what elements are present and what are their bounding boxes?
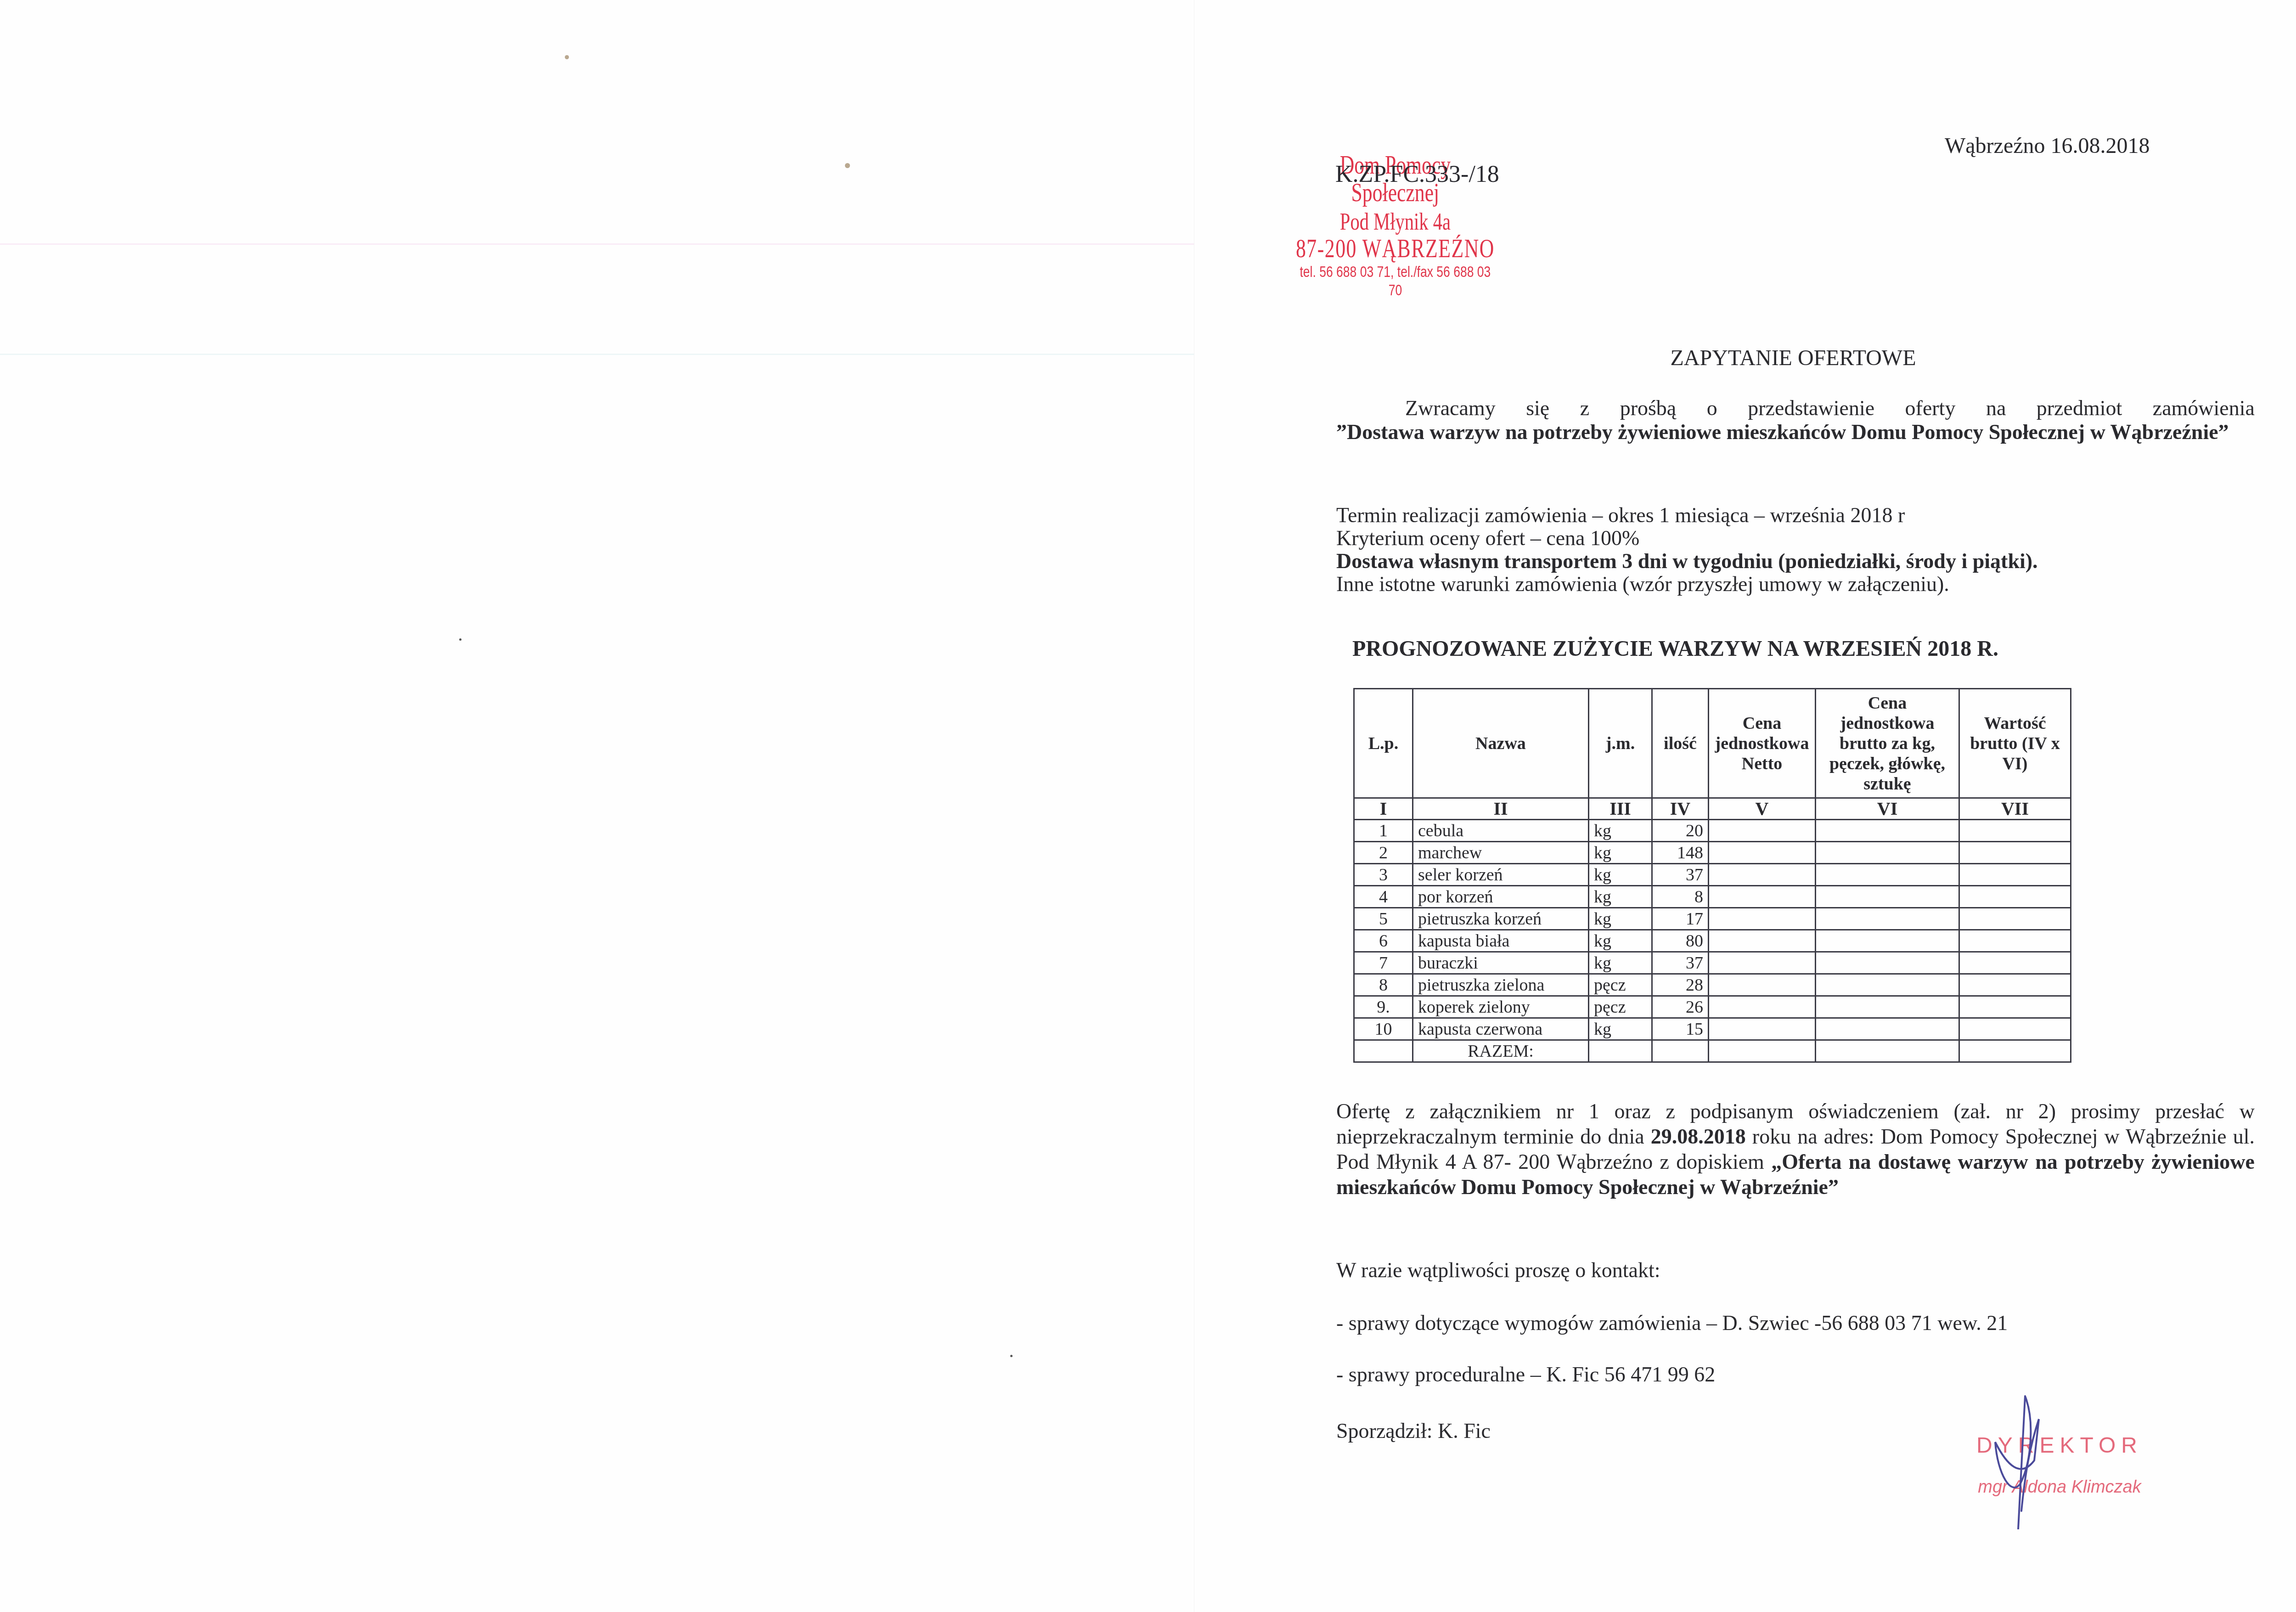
cell-name: cebula [1413, 820, 1589, 842]
cell-net [1709, 886, 1816, 908]
stamp-street: Pod Młynik 4a [1295, 209, 1496, 235]
column-number: I [1354, 798, 1413, 820]
cell-net [1709, 952, 1816, 974]
header-name: Nazwa [1413, 689, 1589, 798]
cell-qty: 80 [1652, 930, 1709, 952]
cell-qty: 8 [1652, 886, 1709, 908]
cell-lp: 1 [1354, 820, 1413, 842]
cell-gross [1816, 886, 1959, 908]
table-row: 8pietruszka zielonapęcz28 [1354, 974, 2071, 996]
column-number: II [1413, 798, 1589, 820]
cell-qty: 26 [1652, 996, 1709, 1018]
cell-net [1709, 864, 1816, 886]
cell-qty: 148 [1652, 842, 1709, 864]
cell-qty: 37 [1652, 952, 1709, 974]
cell-lp: 3 [1354, 864, 1413, 886]
table-row: 6kapusta białakg80 [1354, 930, 2071, 952]
cell-value [1959, 886, 2071, 908]
intro-subject: ”Dostawa warzyw na potrzeby żywieniowe m… [1336, 420, 2255, 444]
cell-unit: kg [1589, 952, 1652, 974]
header-net-price: Cena jednostkowa Netto [1709, 689, 1816, 798]
vegetables-table: L.p. Nazwa j.m. ilość Cena jednostkowa N… [1353, 688, 2071, 1063]
cell-value [1959, 864, 2071, 886]
cell-gross [1816, 864, 1959, 886]
header-gross-value: Wartość brutto (IV x VI) [1959, 689, 2071, 798]
header-unit: j.m. [1589, 689, 1652, 798]
cell-net [1709, 908, 1816, 930]
cell-gross [1816, 908, 1959, 930]
cell-unit: pęcz [1589, 996, 1652, 1018]
cell-unit: kg [1589, 842, 1652, 864]
total-cell [1354, 1040, 1413, 1062]
scan-speck [459, 638, 461, 641]
submission-paragraph: Ofertę z załącznikiem nr 1 oraz z podpis… [1336, 1099, 2255, 1200]
cell-unit: kg [1589, 886, 1652, 908]
cell-lp: 10 [1354, 1018, 1413, 1040]
cell-gross [1816, 842, 1959, 864]
cell-gross [1816, 930, 1959, 952]
cell-unit: kg [1589, 908, 1652, 930]
cell-gross [1816, 996, 1959, 1018]
cell-unit: kg [1589, 1018, 1652, 1040]
table-row: 1cebulakg20 [1354, 820, 2071, 842]
column-number: IV [1652, 798, 1709, 820]
header-qty: ilość [1652, 689, 1709, 798]
scan-speck [565, 55, 569, 59]
cell-value [1959, 974, 2071, 996]
total-cell [1589, 1040, 1652, 1062]
table-row: 10kapusta czerwonakg15 [1354, 1018, 2071, 1040]
cell-qty: 20 [1652, 820, 1709, 842]
cell-qty: 15 [1652, 1018, 1709, 1040]
contact-procedural: - sprawy proceduralne – K. Fic 56 471 99… [1336, 1363, 2255, 1387]
total-cell [1816, 1040, 1959, 1062]
director-stamp: DYREKTOR mgr Aldona Klimczak [1956, 1433, 2163, 1497]
blank-left-page [0, 0, 1194, 1612]
table-total-row: RAZEM: [1354, 1040, 2071, 1062]
cell-lp: 6 [1354, 930, 1413, 952]
cell-gross [1816, 952, 1959, 974]
total-cell [1959, 1040, 2071, 1062]
table-row: 7buraczkikg37 [1354, 952, 2071, 974]
reference-number: K.ZP.FC.333-/18 [1335, 161, 1499, 188]
cell-net [1709, 820, 1816, 842]
contact-requirements: - sprawy dotyczące wymogów zamówienia – … [1336, 1311, 2255, 1335]
cell-name: por korzeń [1413, 886, 1589, 908]
cell-lp: 7 [1354, 952, 1413, 974]
cell-value [1959, 930, 2071, 952]
table-row: 9.koperek zielonypęcz26 [1354, 996, 2071, 1018]
term-other: Inne istotne warunki zamówienia (wzór pr… [1336, 573, 2255, 596]
place-date: Wąbrzeźno 16.08.2018 [1945, 133, 2150, 158]
cell-unit: kg [1589, 930, 1652, 952]
term-criterion: Kryterium oceny ofert – cena 100% [1336, 527, 2255, 550]
cell-unit: kg [1589, 820, 1652, 842]
cell-name: marchew [1413, 842, 1589, 864]
stamp-phones: tel. 56 688 03 71, tel./fax 56 688 03 70 [1295, 263, 1496, 299]
cell-name: seler korzeń [1413, 864, 1589, 886]
column-number: V [1709, 798, 1816, 820]
cell-lp: 2 [1354, 842, 1413, 864]
scan-speck [845, 163, 850, 168]
cell-value [1959, 842, 2071, 864]
cell-net [1709, 996, 1816, 1018]
table-row: 2marchewkg148 [1354, 842, 2071, 864]
cell-value [1959, 820, 2071, 842]
column-number: VI [1816, 798, 1959, 820]
cell-net [1709, 1018, 1816, 1040]
table-body: 1cebulakg202marchewkg1483seler korzeńkg3… [1354, 820, 2071, 1062]
cell-value [1959, 1018, 2071, 1040]
cell-net [1709, 974, 1816, 996]
cell-net [1709, 842, 1816, 864]
document-title: ZAPYTANIE OFERTOWE [1322, 345, 2264, 371]
term-delivery: Dostawa własnym transportem 3 dni w tygo… [1336, 550, 2255, 573]
total-label: RAZEM: [1413, 1040, 1589, 1062]
cell-qty: 37 [1652, 864, 1709, 886]
table-row: 5pietruszka korzeńkg17 [1354, 908, 2071, 930]
cell-qty: 28 [1652, 974, 1709, 996]
contact-intro: W razie wątpliwości proszę o kontakt: [1336, 1258, 2255, 1282]
cell-gross [1816, 820, 1959, 842]
scan-speck [1010, 1355, 1013, 1357]
intro-text: Zwracamy się z prośbą o przedstawienie o… [1336, 396, 2255, 420]
term-period: Termin realizacji zamówienia – okres 1 m… [1336, 504, 2255, 527]
cell-name: koperek zielony [1413, 996, 1589, 1018]
cell-qty: 17 [1652, 908, 1709, 930]
director-role: DYREKTOR [1956, 1433, 2163, 1458]
total-cell [1652, 1040, 1709, 1062]
column-number: VII [1959, 798, 2071, 820]
cell-name: pietruszka zielona [1413, 974, 1589, 996]
cell-lp: 8 [1354, 974, 1413, 996]
stamp-city: 87-200 WĄBRZEŹNO [1295, 235, 1496, 263]
header-lp: L.p. [1354, 689, 1413, 798]
cell-lp: 9. [1354, 996, 1413, 1018]
intro-paragraph: Zwracamy się z prośbą o przedstawienie o… [1336, 396, 2255, 444]
cell-gross [1816, 974, 1959, 996]
table-title: PROGNOZOWANE ZUŻYCIE WARZYW NA WRZESIEŃ … [1352, 636, 1998, 661]
cell-name: kapusta czerwona [1413, 1018, 1589, 1040]
column-number: III [1589, 798, 1652, 820]
submission-deadline: 29.08.2018 [1651, 1125, 1746, 1148]
header-gross-price: Cena jednostkowa brutto za kg, pęczek, g… [1816, 689, 1959, 798]
cell-value [1959, 952, 2071, 974]
cell-name: buraczki [1413, 952, 1589, 974]
table-row: 3seler korzeńkg37 [1354, 864, 2071, 886]
total-cell [1709, 1040, 1816, 1062]
cell-gross [1816, 1018, 1959, 1040]
cell-name: kapusta biała [1413, 930, 1589, 952]
table-row: 4por korzeńkg8 [1354, 886, 2071, 908]
order-terms: Termin realizacji zamówienia – okres 1 m… [1336, 504, 2255, 596]
cell-value [1959, 908, 2071, 930]
cell-lp: 4 [1354, 886, 1413, 908]
column-numbers-row: I II III IV V VI VII [1354, 798, 2071, 820]
director-name: mgr Aldona Klimczak [1956, 1477, 2163, 1497]
cell-unit: pęcz [1589, 974, 1652, 996]
cell-net [1709, 930, 1816, 952]
cell-value [1959, 996, 2071, 1018]
cell-lp: 5 [1354, 908, 1413, 930]
table-header-row: L.p. Nazwa j.m. ilość Cena jednostkowa N… [1354, 689, 2071, 798]
cell-name: pietruszka korzeń [1413, 908, 1589, 930]
cell-unit: kg [1589, 864, 1652, 886]
signature-icon [1993, 1392, 2048, 1529]
